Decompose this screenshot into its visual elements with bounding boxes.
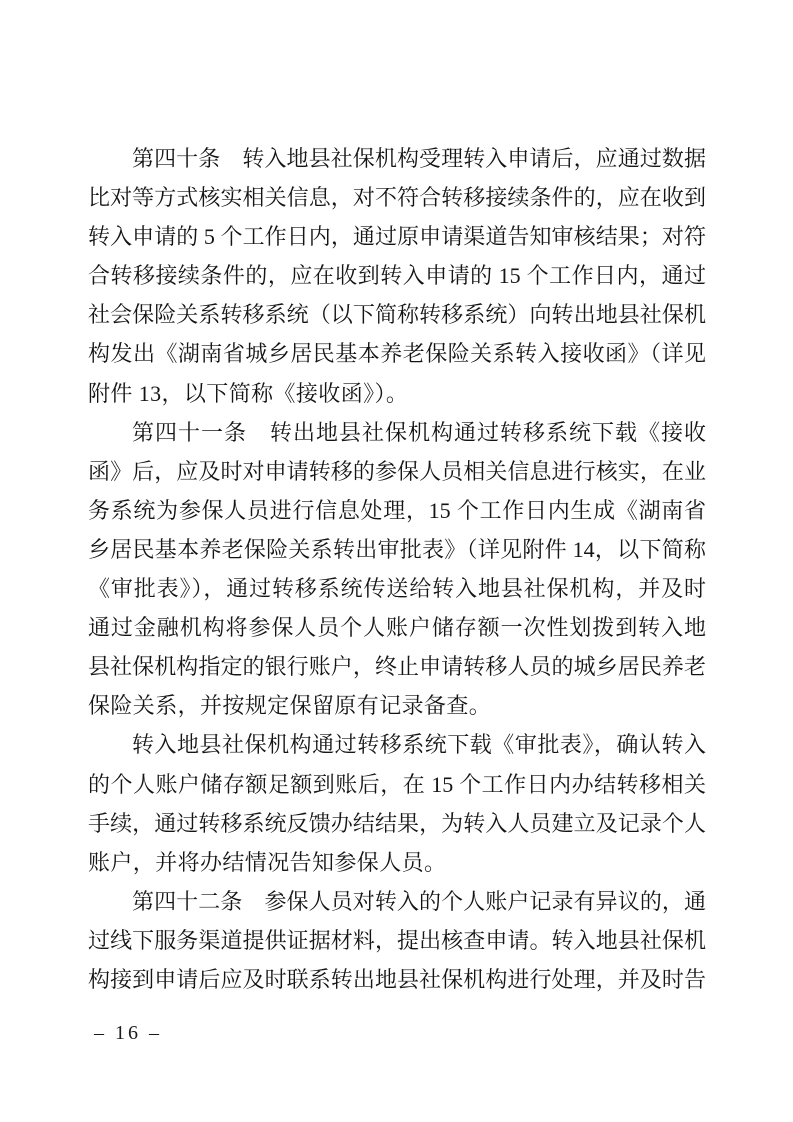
text-line: 比对等方式核实相关信息，对不符合转移接续条件的，应在收到: [88, 178, 706, 217]
text-line: 乡居民基本养老保险关系转出审批表》（详见附件 14，以下简称: [88, 530, 706, 569]
text-line: 转入地县社保机构通过转移系统下载《审批表》，确认转入: [88, 725, 706, 764]
document-body: 第四十条 转入地县社保机构受理转入申请后，应通过数据比对等方式核实相关信息，对不…: [88, 139, 706, 999]
text-line: 的个人账户储存额足额到账后，在 15 个工作日内办结转移相关: [88, 765, 706, 804]
document-page: 第四十条 转入地县社保机构受理转入申请后，应通过数据比对等方式核实相关信息，对不…: [0, 0, 793, 1122]
text-line: 务系统为参保人员进行信息处理，15 个工作日内生成《湖南省城: [88, 491, 706, 530]
text-line: 合转移接续条件的，应在收到转入申请的 15 个工作日内，通过: [88, 256, 706, 295]
text-line: 函》后，应及时对申请转移的参保人员相关信息进行核实，在业: [88, 452, 706, 491]
text-line: 附件 13，以下简称《接收函》）。: [88, 374, 706, 413]
text-line: 保险关系，并按规定保留原有记录备查。: [88, 686, 706, 725]
text-line: 社会保险关系转移系统（以下简称转移系统）向转出地县社保机: [88, 295, 706, 334]
text-line: 过线下服务渠道提供证据材料，提出核查申请。转入地县社保机: [88, 921, 706, 960]
text-line: 通过金融机构将参保人员个人账户储存额一次性划拨到转入地: [88, 608, 706, 647]
text-line: 构发出《湖南省城乡居民基本养老保险关系转入接收函》（详见: [88, 334, 706, 373]
text-line: 第四十条 转入地县社保机构受理转入申请后，应通过数据: [88, 139, 706, 178]
text-line: 第四十二条 参保人员对转入的个人账户记录有异议的，通: [88, 882, 706, 921]
text-line: 手续，通过转移系统反馈办结结果，为转入人员建立及记录个人: [88, 804, 706, 843]
text-line: 转入申请的 5 个工作日内，通过原申请渠道告知审核结果；对符: [88, 217, 706, 256]
text-line: 第四十一条 转出地县社保机构通过转移系统下载《接收: [88, 413, 706, 452]
text-line: 构接到申请后应及时联系转出地县社保机构进行处理，并及时告: [88, 960, 706, 999]
page-number: – 16 –: [94, 1022, 162, 1045]
text-line: 账户，并将办结情况告知参保人员。: [88, 843, 706, 882]
text-line: 县社保机构指定的银行账户，终止申请转移人员的城乡居民养老: [88, 647, 706, 686]
text-line: 《审批表》），通过转移系统传送给转入地县社保机构，并及时: [88, 569, 706, 608]
